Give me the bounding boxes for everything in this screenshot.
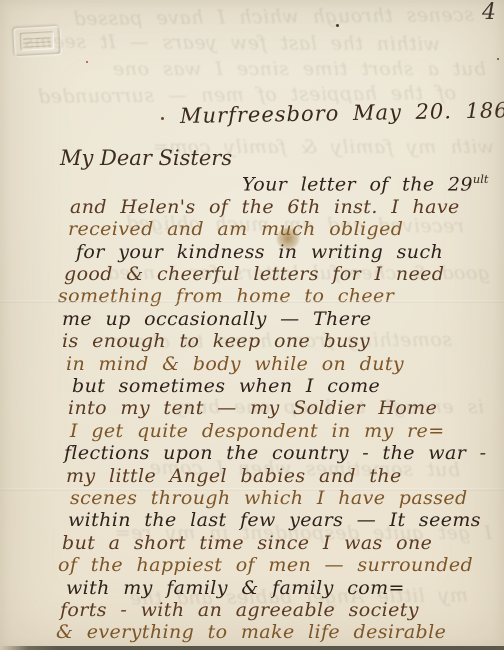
scan-edge: [0, 646, 504, 650]
letter-line: Your letter of the 29ult: [242, 168, 504, 196]
letter-scan-page: scenes through which I have passed withi…: [0, 0, 504, 650]
letter-line: forts - with an agreeable society: [60, 599, 504, 621]
ink-speck: [497, 58, 499, 60]
letter-line: in mind & body while on duty: [66, 353, 504, 375]
dateline: Murfreesboro May 20. 1863: [180, 98, 504, 128]
bleedthrough-line: scenes through which I have passed: [73, 4, 474, 30]
bleedthrough-line: but a short time since I was one: [113, 58, 486, 80]
letter-line: good & cheerful letters for I need: [64, 263, 504, 285]
letter-line: me up occasionally — There: [62, 308, 504, 330]
letter-line: my little Angel babies and the: [66, 465, 504, 487]
letter-line: I get quite despondent in my re=: [70, 420, 504, 442]
letter-line: into my tent — my Soldier Home: [68, 397, 504, 419]
page-number: 4: [482, 0, 496, 25]
letter-line: is enough to keep one busy: [62, 330, 504, 352]
ink-speck: [336, 24, 339, 27]
letter-line-text: Your letter of the 29: [242, 173, 473, 195]
letter-line-superscript: ult: [473, 172, 489, 186]
letter-line: of the happiest of men — surrounded: [58, 554, 504, 576]
letter-line: & everything to make life desirable: [56, 621, 504, 643]
embossed-seal-icon: [13, 26, 60, 56]
salutation: My Dear Sisters: [60, 146, 232, 170]
letter-line: flections upon the country - the war -: [64, 442, 504, 464]
letter-line: something from home to cheer: [58, 285, 504, 307]
ink-stain: [276, 228, 300, 249]
letter-line: with my family & family com=: [66, 577, 504, 599]
ink-speck: [161, 117, 164, 120]
ink-speck: [86, 61, 88, 63]
bleedthrough-line: within the last few years — It seems: [23, 31, 440, 56]
letter-line: and Helen's of the 6th inst. I have: [70, 196, 504, 218]
letter-line: but a short time since I was one: [62, 532, 504, 554]
letter-line: within the last few years — It seems: [68, 509, 504, 531]
letter-line: scenes through which I have passed: [70, 487, 504, 509]
letter-line: but sometimes when I come: [72, 375, 504, 397]
